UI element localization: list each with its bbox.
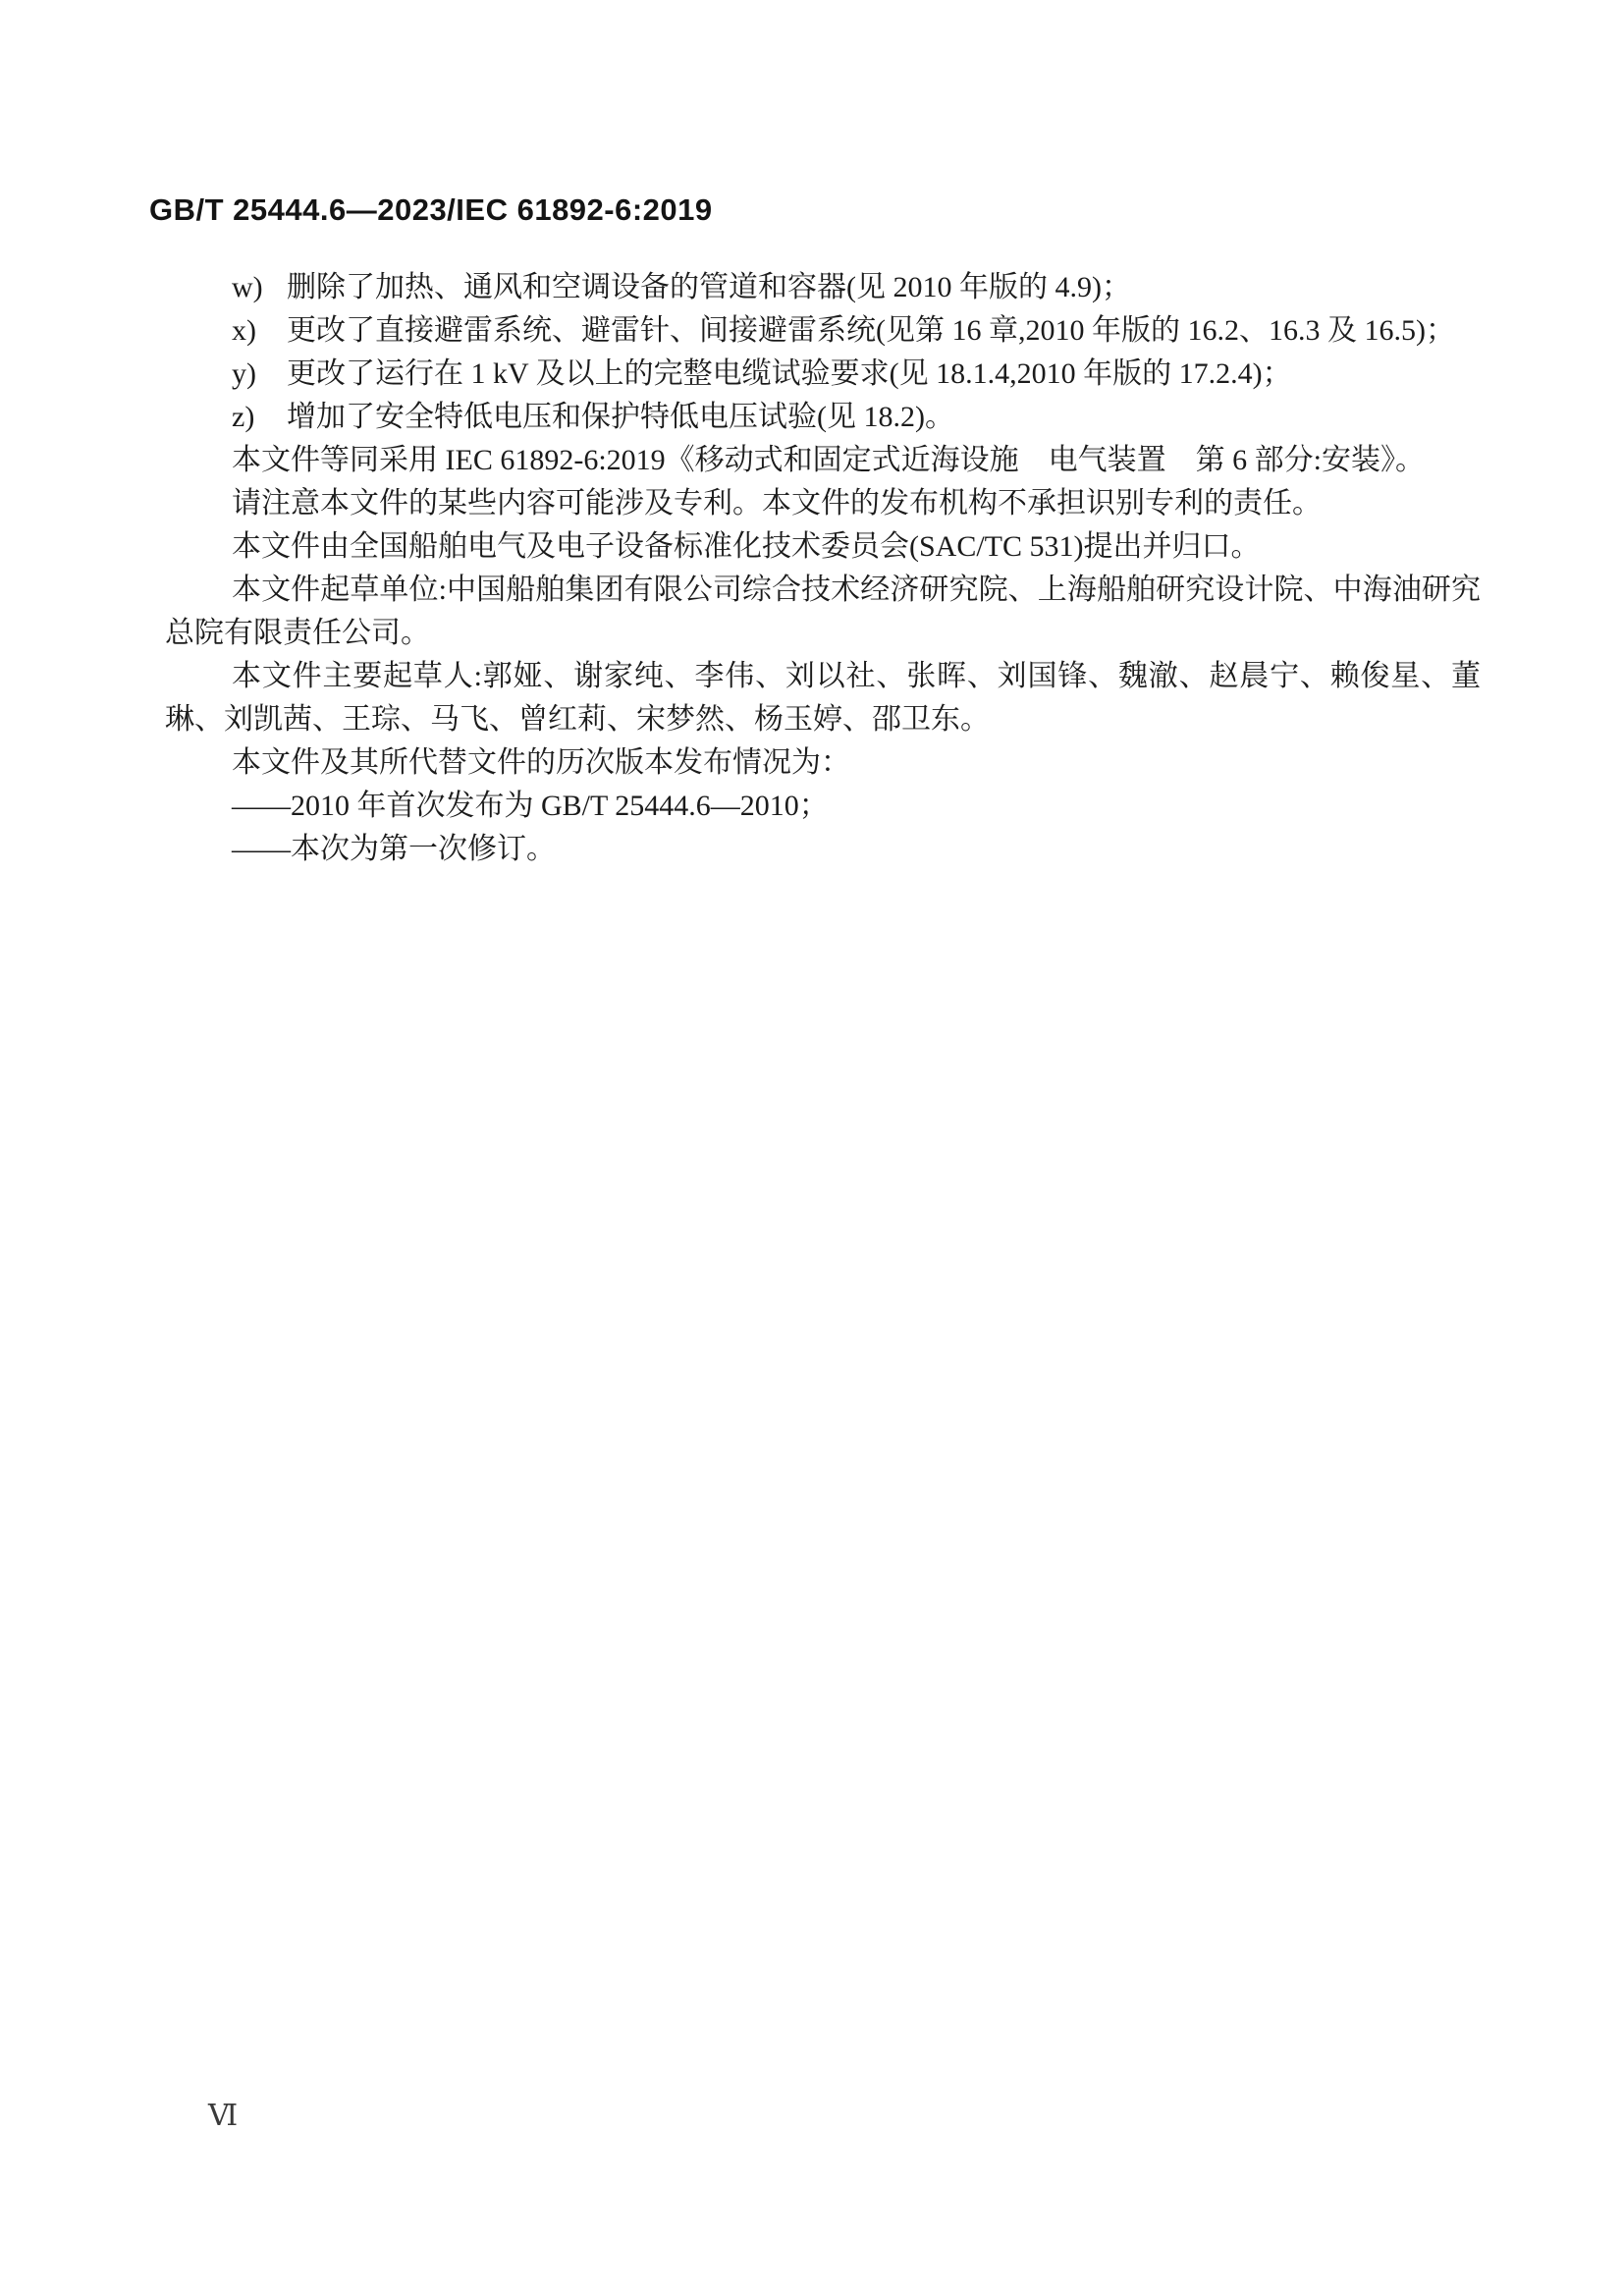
paragraph-patent-notice: 请注意本文件的某些内容可能涉及专利。本文件的发布机构不承担识别专利的责任。: [165, 482, 1481, 525]
revision-history-item-current-revision: ——本次为第一次修订。: [165, 828, 1481, 871]
amendment-item-w: w)删除了加热、通风和空调设备的管道和容器(见 2010 年版的 4.9)；: [165, 266, 1481, 309]
document-page: GB/T 25444.6—2023/IEC 61892-6:2019 w)删除了…: [0, 0, 1623, 2296]
page-number: Ⅵ: [208, 2097, 238, 2136]
amendment-item-y: y)更改了运行在 1 kV 及以上的完整电缆试验要求(见 18.1.4,2010…: [165, 353, 1481, 396]
amendment-text: 删除了加热、通风和空调设备的管道和容器(见 2010 年版的 4.9)；: [287, 271, 1131, 303]
paragraph-drafting-organizations: 本文件起草单位:中国船舶集团有限公司综合技术经济研究院、上海船舶研究设计院、中海…: [165, 569, 1481, 655]
amendment-item-z: z)增加了安全特低电压和保护特低电压试验(见 18.2)。: [165, 396, 1481, 439]
paragraph-main-drafters: 本文件主要起草人:郭娅、谢家纯、李伟、刘以社、张晖、刘国锋、魏澈、赵晨宁、赖俊星…: [165, 655, 1481, 741]
paragraph-revision-history-intro: 本文件及其所代替文件的历次版本发布情况为：: [165, 741, 1481, 785]
amendment-item-x: x)更改了直接避雷系统、避雷针、间接避雷系统(见第 16 章,2010 年版的 …: [165, 309, 1481, 353]
amendment-text: 更改了运行在 1 kV 及以上的完整电缆试验要求(见 18.1.4,2010 年…: [287, 357, 1292, 390]
revision-history-item-first-issue: ——2010 年首次发布为 GB/T 25444.6—2010；: [165, 785, 1481, 828]
list-marker: x): [232, 309, 287, 353]
paragraph-proposing-committee: 本文件由全国船舶电气及电子设备标准化技术委员会(SAC/TC 531)提出并归口…: [165, 525, 1481, 569]
list-marker: y): [232, 353, 287, 396]
list-marker: w): [232, 266, 287, 309]
amendment-text: 增加了安全特低电压和保护特低电压试验(见 18.2)。: [287, 401, 954, 433]
amendment-text: 更改了直接避雷系统、避雷针、间接避雷系统(见第 16 章,2010 年版的 16…: [287, 314, 1455, 347]
standard-number-header: GB/T 25444.6—2023/IEC 61892-6:2019: [149, 192, 713, 228]
paragraph-adoption-statement: 本文件等同采用 IEC 61892-6:2019《移动式和固定式近海设施 电气装…: [165, 439, 1481, 482]
foreword-content: w)删除了加热、通风和空调设备的管道和容器(见 2010 年版的 4.9)； x…: [165, 266, 1481, 871]
list-marker: z): [232, 396, 287, 439]
